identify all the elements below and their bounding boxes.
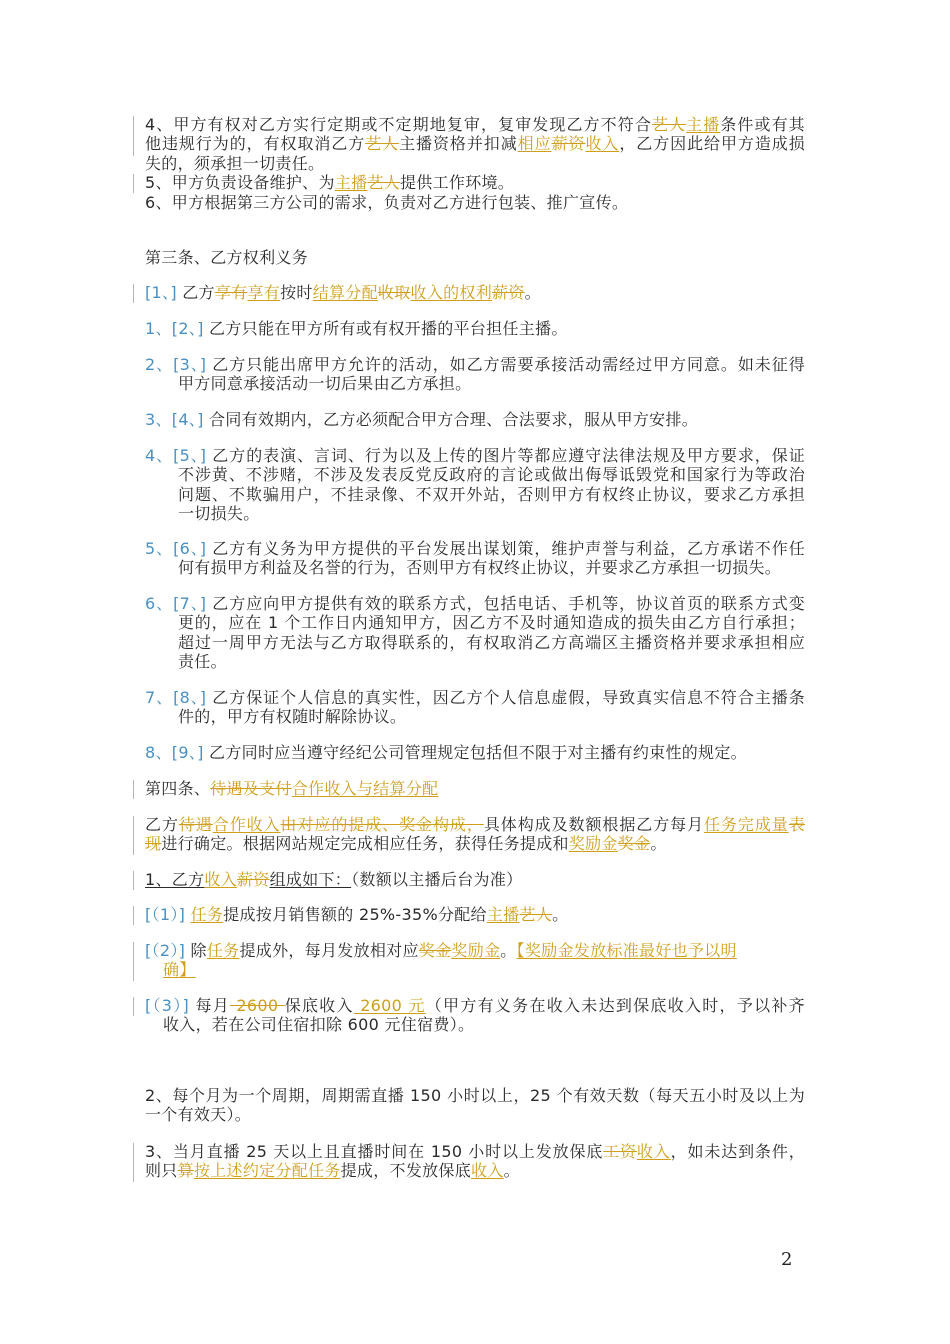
body-text: 乙方只能出席甲方允许的活动，如乙方需要承接活动需经过甲方同意。如未征得 <box>206 355 805 374</box>
body-text: 每月 <box>189 996 230 1015</box>
text-line: 乙方待遇合作收入由对应的提成、奖金构成，具体构成及数额根据乙方每月任务完成量表 <box>145 815 805 834</box>
body-text: 。 <box>500 941 516 960</box>
list-number: 3、[4、] <box>145 410 204 429</box>
list-number: 7、[8、] <box>145 688 206 707</box>
inserted-text: 享有 <box>247 283 280 302</box>
text-line: [1、] 乙方享有享有按时结算分配收取收入的权利薪资。 <box>145 283 805 302</box>
text-line: 他违规行为的，有权取消乙方艺人主播资格并扣减相应薪资收入，乙方因此给甲方造成损 <box>145 134 805 153</box>
body-text: 具体构成及数额根据乙方每月 <box>484 815 704 834</box>
body-text: 一切损失。 <box>178 504 260 523</box>
body-text: （甲方有义务在收入未达到保底收入时，予以补齐 <box>426 996 805 1015</box>
clause-3-item-3: 2、[3、] 乙方只能出席甲方允许的活动，如乙方需要承接活动需经过甲方同意。如未… <box>145 355 805 394</box>
body-text: （数额以主播后台为准） <box>351 870 522 889</box>
clause-3-item-5: 4、[5、] 乙方的表演、言词、行为以及上传的图片等都应遵守法律法规及甲方要求，… <box>145 446 805 523</box>
clause-3-heading: 第三条、乙方权利义务 <box>145 248 805 267</box>
clause-2-item-5: 5、甲方负责设备维护、为主播艺人提供工作环境。 <box>145 173 805 192</box>
body-text: 主播资格并扣减 <box>399 134 518 153</box>
body-text: 乙方 <box>145 815 179 834</box>
body-text: 6、甲方根据第三方公司的需求，负责对乙方进行包装、推广宣传。 <box>145 193 628 212</box>
deleted-text: 享有 <box>215 283 248 302</box>
clause-4-item-1-2: [（2）] 除任务提成外，每月发放相对应奖金奖励金。【奖励金发放标准最好也予以明… <box>145 941 805 980</box>
inserted-text: 主播 <box>335 173 368 192</box>
body-text: 提成按月销售额的 25%-35%分配给 <box>223 905 487 924</box>
body-text: 合同有效期内，乙方必须配合甲方合理、合法要求，服从甲方安排。 <box>204 410 698 429</box>
deleted-text: 薪资 <box>492 283 525 302</box>
text-line: 收入，若在公司住宿扣除 600 元住宿费）。 <box>145 1015 805 1034</box>
deleted-text: 艺人 <box>365 134 399 153</box>
clause-4-heading: 第四条、待遇及支付合作收入与结算分配 <box>145 779 805 798</box>
inserted-text: 收入 <box>637 1142 671 1161</box>
clause-3-item-8: 7、[8、] 乙方保证个人信息的真实性，因乙方个人信息虚假，导致真实信息不符合主… <box>145 688 805 727</box>
body-text: 。 <box>525 283 541 302</box>
body-text: 提成，不发放保底 <box>341 1161 471 1180</box>
clause-3-item-4: 3、[4、] 合同有效期内，乙方必须配合甲方合理、合法要求，服从甲方安排。 <box>145 410 805 429</box>
list-number: 4、[5、] <box>145 446 206 465</box>
body-text: 按时 <box>280 283 313 302</box>
body-text: 保底收入 <box>285 996 354 1015</box>
body-text: 5、甲方负责设备维护、为 <box>145 173 335 192</box>
text-line: 一切损失。 <box>145 504 805 523</box>
body-text: 失的，须承担一切责任。 <box>145 154 324 173</box>
text-line: 4、甲方有权对乙方实行定期或不定期地复审，复审发现乙方不符合艺人主播条件或有其 <box>145 115 805 134</box>
clause-4-item-1-1: [（1）] 任务提成按月销售额的 25%-35%分配给主播艺人。 <box>145 905 805 924</box>
body-text: 。 <box>504 1161 520 1180</box>
change-bar <box>133 942 134 981</box>
text-line: 6、甲方根据第三方公司的需求，负责对乙方进行包装、推广宣传。 <box>145 193 805 212</box>
text-line: 更的，应在 1 个工作日内通知甲方，因乙方不及时通知造成的损失由乙方自行承担； <box>145 613 805 632</box>
body-text: 何有损甲方利益及名誉的行为，否则甲方有权终止协议，并要求乙方承担一切损失。 <box>178 558 781 577</box>
text-line: 5、甲方负责设备维护、为主播艺人提供工作环境。 <box>145 173 805 192</box>
inserted-text: 收入 <box>471 1161 504 1180</box>
body-text: 更的，应在 1 个工作日内通知甲方，因乙方不及时通知造成的损失由乙方自行承担； <box>178 613 805 632</box>
list-number: 6、[7、] <box>145 594 206 613</box>
body-text: 则只 <box>145 1161 178 1180</box>
deleted-text: 艺人 <box>367 173 400 192</box>
body-text: 乙方保证个人信息的真实性，因乙方个人信息虚假，导致真实信息不符合主播条 <box>206 688 805 707</box>
inserted-text: 相应 <box>518 134 552 153</box>
text-line: 一个有效天）。 <box>145 1105 805 1124</box>
document-page: 4、甲方有权对乙方实行定期或不定期地复审，复审发现乙方不符合艺人主播条件或有其 … <box>0 0 950 1344</box>
inserted-text: 奖励金 <box>451 941 500 960</box>
page-number: 2 <box>781 1249 792 1270</box>
body-text: 件的，甲方有权随时解除协议。 <box>178 707 406 726</box>
clause-3-item-6: 5、[6、] 乙方有义务为甲方提供的平台发展出谋划策，维护声誉与利益，乙方承诺不… <box>145 539 805 578</box>
body-text: 。 <box>552 905 568 924</box>
text-line: 7、[8、] 乙方保证个人信息的真实性，因乙方个人信息虚假，导致真实信息不符合主… <box>145 688 805 707</box>
text-line: 第三条、乙方权利义务 <box>145 248 805 267</box>
body-text: 3、当月直播 25 天以上且直播时间在 150 小时以上发放保底 <box>145 1142 603 1161</box>
text-line: 4、[5、] 乙方的表演、言词、行为以及上传的图片等都应遵守法律法规及甲方要求，… <box>145 446 805 465</box>
change-bar <box>133 997 134 1016</box>
text-line: 确】 <box>145 960 805 979</box>
body-text: 收入，若在公司住宿扣除 600 元住宿费）。 <box>163 1015 474 1034</box>
body-text: 提成外，每月发放相对应 <box>239 941 418 960</box>
inserted-text: 按上述约定分配任务 <box>194 1161 341 1180</box>
inserted-text: 收入的权利 <box>411 283 493 302</box>
clause-4-item-1-3: [（3）] 每月 2600 保底收入 2600 元（甲方有义务在收入未达到保底收… <box>145 996 805 1035</box>
change-bar <box>133 906 134 925</box>
inserted-text: 合作收入与结算分配 <box>292 779 439 798</box>
list-number: 1、[2、] <box>145 319 204 338</box>
text-line: 2、每个月为一个周期，周期需直播 150 小时以上，25 个有效天数（每天五小时… <box>145 1086 805 1105</box>
text-line: 则只算按上述约定分配任务提成，不发放保底收入。 <box>145 1161 805 1180</box>
text-line: 3、[4、] 合同有效期内，乙方必须配合甲方合理、合法要求，服从甲方安排。 <box>145 410 805 429</box>
body-text: 4、甲方有权对乙方实行定期或不定期地复审，复审发现乙方不符合 <box>145 115 652 134</box>
change-bar <box>133 116 134 156</box>
deleted-text: 待遇 <box>179 815 213 834</box>
deleted-text: 2600 <box>230 996 285 1015</box>
body-text: 问题、不欺骗用户，不挂录像、不双开外站，否则甲方有权终止协议，要求乙方承担 <box>178 485 805 504</box>
change-bar <box>133 816 134 855</box>
list-number: [（1）] <box>145 905 191 924</box>
text-line: [（1）] 任务提成按月销售额的 25%-35%分配给主播艺人。 <box>145 905 805 924</box>
text-line: 失的，须承担一切责任。 <box>145 154 805 173</box>
section-heading: 第四条、 <box>145 779 210 798</box>
section-heading: 第三条、乙方权利义务 <box>145 248 308 267</box>
body-text: ，如未达到条件， <box>671 1142 805 1161</box>
deleted-text: 艺人 <box>519 905 552 924</box>
deleted-text: 表 <box>789 815 805 834</box>
text-line: 现进行确定。根据网站规定完成相应任务，获得任务提成和奖励金奖金。 <box>145 834 805 853</box>
body-text: 乙方有义务为甲方提供的平台发展出谋划策，维护声誉与利益，乙方承诺不作任 <box>206 539 805 558</box>
text-line: 1、乙方收入薪资组成如下：（数额以主播后台为准） <box>145 870 805 889</box>
body-text: 不涉黄、不涉赌，不涉及发表反党反政府的言论或做出侮辱诋毁党和国家行为等政治 <box>178 465 805 484</box>
text-line: 责任。 <box>145 652 805 671</box>
deleted-text: 算 <box>178 1161 194 1180</box>
text-line: 2、[3、] 乙方只能出席甲方允许的活动，如乙方需要承接活动需经过甲方同意。如未… <box>145 355 805 374</box>
inserted-text: 任务 <box>191 905 224 924</box>
clause-3-item-9: 8、[9、] 乙方同时应当遵守经纪公司管理规定包括但不限于对主播有约束性的规定。 <box>145 743 805 762</box>
change-bar <box>133 871 134 890</box>
text-line: 第四条、待遇及支付合作收入与结算分配 <box>145 779 805 798</box>
list-number: 5、[6、] <box>145 539 206 558</box>
text-line: [（3）] 每月 2600 保底收入 2600 元（甲方有义务在收入未达到保底收… <box>145 996 805 1015</box>
body-text: 除 <box>185 941 207 960</box>
inserted-text: 任务 <box>207 941 240 960</box>
change-bar <box>133 1143 134 1182</box>
deleted-text: 奖金 <box>419 941 452 960</box>
text-line: 问题、不欺骗用户，不挂录像、不双开外站，否则甲方有权终止协议，要求乙方承担 <box>145 485 805 504</box>
body-text: 超过一周甲方无法与乙方取得联系的，有权取消乙方高端区主播资格并要求承担相应 <box>178 633 805 652</box>
change-bar <box>133 174 134 193</box>
deleted-text: 收取 <box>378 283 411 302</box>
deleted-text: 待遇及支付 <box>210 779 292 798</box>
deleted-text: 艺人 <box>652 115 686 134</box>
clause-2-item-4: 4、甲方有权对乙方实行定期或不定期地复审，复审发现乙方不符合艺人主播条件或有其 … <box>145 115 805 173</box>
body-text: 乙方只能在甲方所有或有权开播的平台担任主播。 <box>204 319 568 338</box>
inserted-text: 收入 <box>204 870 237 889</box>
inserted-text: 任务完成量 <box>704 815 789 834</box>
clause-4-intro: 乙方待遇合作收入由对应的提成、奖金构成，具体构成及数额根据乙方每月任务完成量表 … <box>145 815 805 854</box>
clause-3-item-2: 1、[2、] 乙方只能在甲方所有或有权开播的平台担任主播。 <box>145 319 805 338</box>
text-line: 1、[2、] 乙方只能在甲方所有或有权开播的平台担任主播。 <box>145 319 805 338</box>
deleted-text: 薪资 <box>237 870 270 889</box>
clause-2-item-6: 6、甲方根据第三方公司的需求，负责对乙方进行包装、推广宣传。 <box>145 193 805 212</box>
inserted-comment-text: 【奖励金发放标准最好也予以明 <box>517 941 737 960</box>
text-line: 6、[7、] 乙方应向甲方提供有效的联系方式，包括电话、手机等，协议首页的联系方… <box>145 594 805 613</box>
body-text: 2、每个月为一个周期，周期需直播 150 小时以上，25 个有效天数（每天五小时… <box>145 1086 805 1105</box>
body-text: 。 <box>650 834 666 853</box>
text-line: 甲方同意承接活动一切后果由乙方承担。 <box>145 374 805 393</box>
list-number: [1、] <box>145 283 177 302</box>
deleted-text: 现 <box>145 834 161 853</box>
body-text: 他违规行为的，有权取消乙方 <box>145 134 365 153</box>
inserted-text: 2600 元 <box>354 996 426 1015</box>
body-text: 甲方同意承接活动一切后果由乙方承担。 <box>178 374 471 393</box>
deleted-text: 薪资 <box>552 134 586 153</box>
clause-3-item-1: [1、] 乙方享有享有按时结算分配收取收入的权利薪资。 <box>145 283 805 302</box>
list-number: 2、[3、] <box>145 355 206 374</box>
inserted-text: 奖励金 <box>569 834 618 853</box>
change-bar <box>133 284 134 303</box>
inserted-text: 收入 <box>585 134 619 153</box>
list-number: [（3）] <box>145 996 189 1015</box>
inserted-text: 合作收入 <box>213 815 281 834</box>
text-line: 超过一周甲方无法与乙方取得联系的，有权取消乙方高端区主播资格并要求承担相应 <box>145 633 805 652</box>
list-number: 8、[9、] <box>145 743 204 762</box>
deleted-text: 奖金 <box>618 834 651 853</box>
text-line: 8、[9、] 乙方同时应当遵守经纪公司管理规定包括但不限于对主播有约束性的规定。 <box>145 743 805 762</box>
text-line: 件的，甲方有权随时解除协议。 <box>145 707 805 726</box>
body-text: 责任。 <box>178 652 227 671</box>
text-line: 不涉黄、不涉赌，不涉及发表反党反政府的言论或做出侮辱诋毁党和国家行为等政治 <box>145 465 805 484</box>
inserted-text: 主播 <box>686 115 720 134</box>
body-text: 一个有效天）。 <box>145 1105 251 1124</box>
text-line: [（2）] 除任务提成外，每月发放相对应奖金奖励金。【奖励金发放标准最好也予以明 <box>145 941 805 960</box>
body-text: 乙方的表演、言词、行为以及上传的图片等都应遵守法律法规及甲方要求，保证 <box>206 446 805 465</box>
inserted-text: 主播 <box>487 905 520 924</box>
underlined-text: 1、乙方 <box>145 870 204 889</box>
text-line: 何有损甲方利益及名誉的行为，否则甲方有权终止协议，并要求乙方承担一切损失。 <box>145 558 805 577</box>
body-text: 条件或有其 <box>720 115 805 134</box>
inserted-text: 结算分配 <box>313 283 378 302</box>
body-text: 乙方同时应当遵守经纪公司管理规定包括但不限于对主播有约束性的规定。 <box>204 743 747 762</box>
clause-4-item-1: 1、乙方收入薪资组成如下：（数额以主播后台为准） <box>145 870 805 889</box>
body-text: 进行确定。根据网站规定完成相应任务，获得任务提成和 <box>161 834 569 853</box>
body-text: 乙方应向甲方提供有效的联系方式，包括电话、手机等，协议首页的联系方式变 <box>206 594 805 613</box>
clause-4-item-2: 2、每个月为一个周期，周期需直播 150 小时以上，25 个有效天数（每天五小时… <box>145 1086 805 1125</box>
inserted-comment-text: 确】 <box>163 960 196 979</box>
clause-3-item-7: 6、[7、] 乙方应向甲方提供有效的联系方式，包括电话、手机等，协议首页的联系方… <box>145 594 805 671</box>
body-text: 提供工作环境。 <box>400 173 514 192</box>
clause-4-item-3: 3、当月直播 25 天以上且直播时间在 150 小时以上发放保底工资收入，如未达… <box>145 1142 805 1181</box>
change-bar <box>133 780 134 799</box>
deleted-text: 工资 <box>603 1142 637 1161</box>
body-text: ，乙方因此给甲方造成损 <box>619 134 805 153</box>
text-line: 5、[6、] 乙方有义务为甲方提供的平台发展出谋划策，维护声誉与利益，乙方承诺不… <box>145 539 805 558</box>
list-number: [（2）] <box>145 941 185 960</box>
body-text: 乙方 <box>177 283 215 302</box>
underlined-text: 组成如下： <box>270 870 352 889</box>
text-line: 3、当月直播 25 天以上且直播时间在 150 小时以上发放保底工资收入，如未达… <box>145 1142 805 1161</box>
deleted-text: 由对应的提成、奖金构成， <box>281 815 484 834</box>
